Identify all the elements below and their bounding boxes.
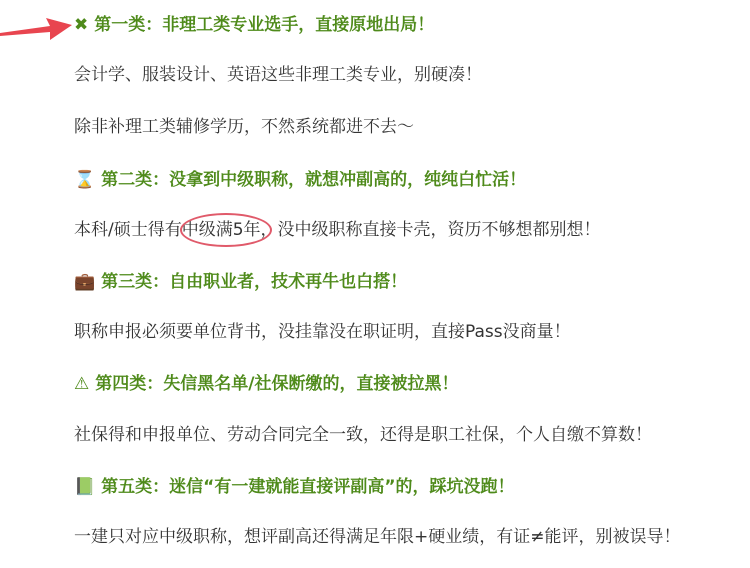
- section-2-body-line-1: 本科/硕士得有中级满5年，没中级职称直接卡壳，资历不够想都别想！: [74, 218, 601, 242]
- section-5-body-line-1: 一建只对应中级职称，想评副高还得满足年限+硬业绩，有证≠能评，别被误导！: [74, 525, 681, 549]
- x-mark-icon: ✖: [74, 13, 88, 37]
- section-4-heading: ⚠第四类：失信黑名单/社保断缴的，直接被拉黑！: [74, 372, 458, 396]
- section-3-heading: 💼第三类：自由职业者，技术再牛也白搭！: [74, 270, 407, 294]
- section-4-body-line-1: 社保得和申报单位、劳动合同完全一致，还得是职工社保，个人自缴不算数！: [74, 423, 652, 447]
- section-1-body-line-2: 除非补理工类辅修学历，不然系统都进不去～: [74, 115, 414, 139]
- red-circle-annotation: [180, 213, 272, 247]
- book-icon: 📗: [74, 475, 95, 499]
- warning-icon: ⚠: [74, 372, 89, 396]
- section-5-heading: 📗第五类：迷信“有一建就能直接评副高”的，踩坑没跑！: [74, 475, 515, 499]
- section-1-body-line-1: 会计学、服装设计、英语这些非理工类专业，别硬凑！: [74, 63, 482, 87]
- section-2-heading: ⌛第二类：没拿到中级职称，就想冲副高的，纯纯白忙活！: [74, 168, 526, 192]
- hourglass-icon: ⌛: [74, 168, 95, 192]
- red-arrow-annotation: [0, 14, 74, 44]
- briefcase-icon: 💼: [74, 270, 95, 294]
- section-1-heading: ✖第一类：非理工类专业选手，直接原地出局！: [74, 13, 434, 37]
- section-3-body-line-1: 职称申报必须要单位背书，没挂靠没在职证明，直接Pass没商量！: [74, 320, 571, 344]
